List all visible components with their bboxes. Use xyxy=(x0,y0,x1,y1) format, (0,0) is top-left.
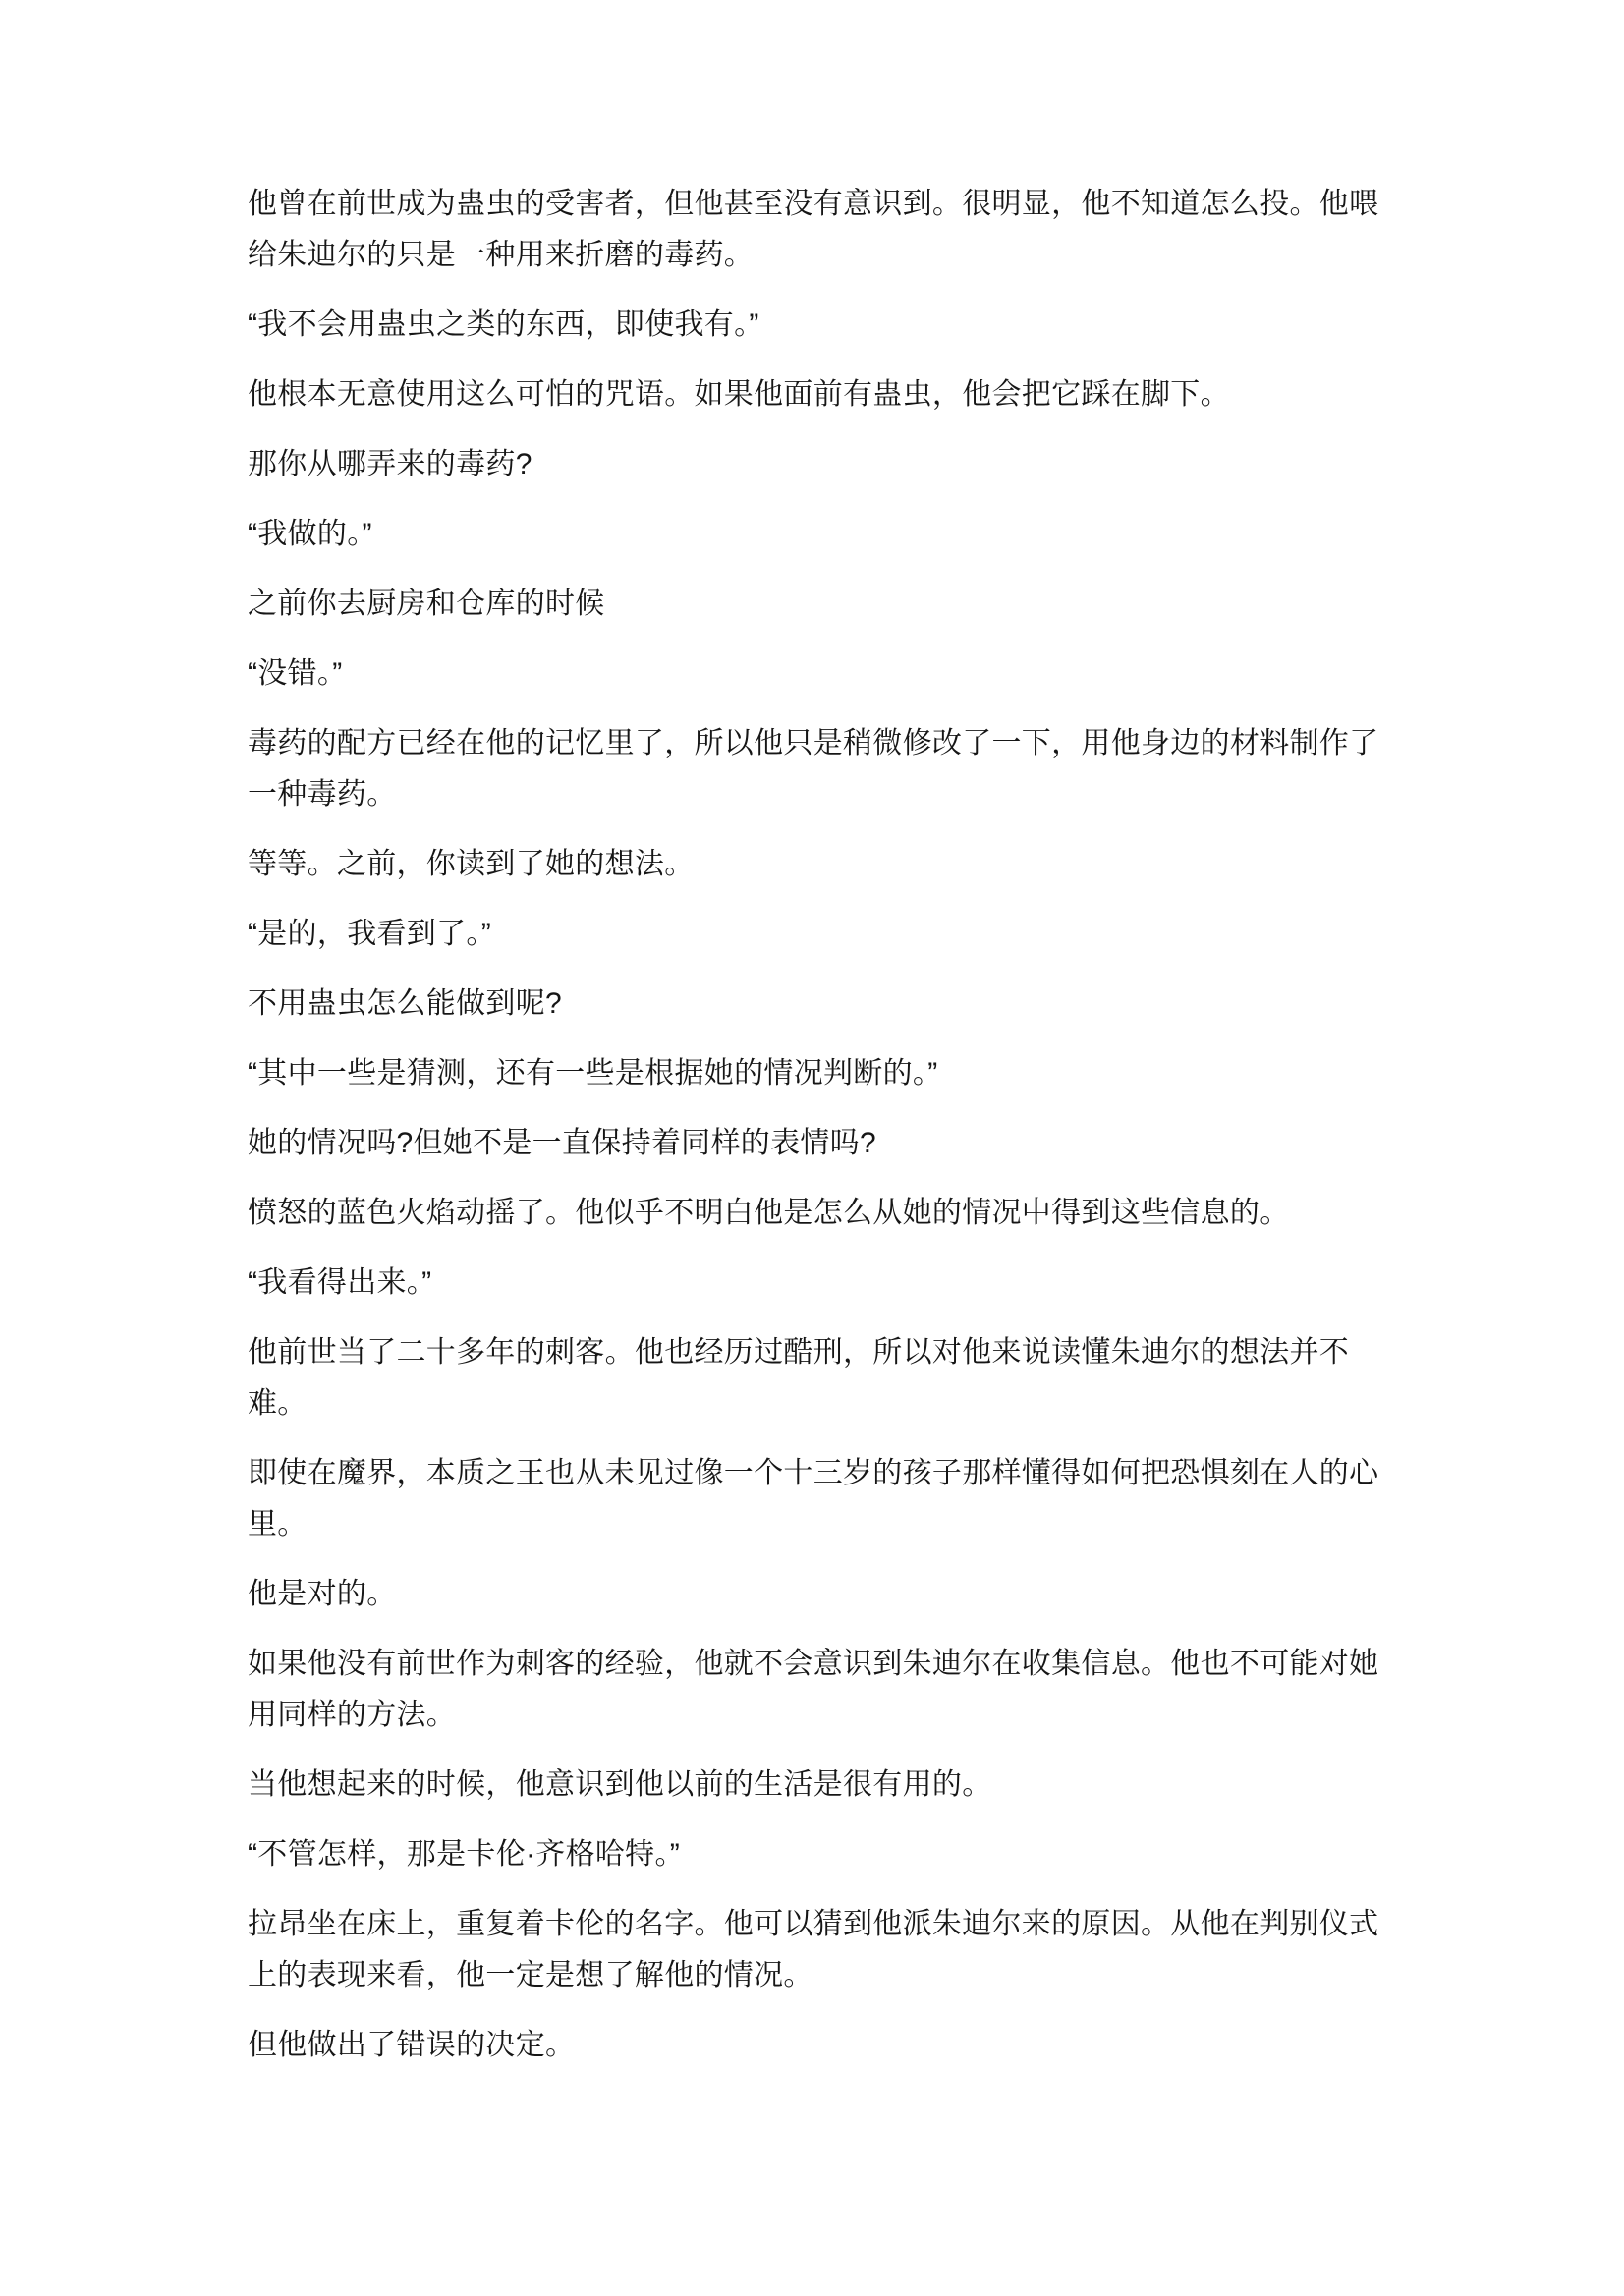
paragraph: 他是对的。 xyxy=(248,1569,1385,1620)
paragraph: 即使在魔界，本质之王也从未见过像一个十三岁的孩子那样懂得如何把恐惧刻在人的心 里… xyxy=(248,1448,1385,1550)
paragraph: “是的，我看到了。” xyxy=(248,909,1385,960)
paragraph: 他前世当了二十多年的刺客。他也经历过酷刑，所以对他来说读懂朱迪尔的想法并不难。 xyxy=(248,1327,1385,1429)
paragraph: 拉昂坐在床上，重复着卡伦的名字。他可以猜到他派朱迪尔来的原因。从他在判别仪式 上… xyxy=(248,1899,1385,2001)
paragraph: “我不会用蛊虫之类的东西，即使我有。” xyxy=(248,300,1385,351)
paragraph: “没错。” xyxy=(248,648,1385,700)
paragraph: 她的情况吗?但她不是一直保持着同样的表情吗? xyxy=(248,1118,1385,1169)
paragraph: 但他做出了错误的决定。 xyxy=(248,2020,1385,2071)
paragraph: 等等。之前，你读到了她的想法。 xyxy=(248,839,1385,890)
document-body: 他曾在前世成为蛊虫的受害者，但他甚至没有意识到。很明显，他不知道怎么投。他喂 给… xyxy=(248,179,1385,2090)
document-page: 他曾在前世成为蛊虫的受害者，但他甚至没有意识到。很明显，他不知道怎么投。他喂 给… xyxy=(0,0,1624,2296)
paragraph: 他根本无意使用这么可怕的咒语。如果他面前有蛊虫，他会把它踩在脚下。 xyxy=(248,369,1385,420)
paragraph: 毒药的配方已经在他的记忆里了，所以他只是稍微修改了一下，用他身边的材料制作了 一… xyxy=(248,718,1385,820)
paragraph: “我看得出来。” xyxy=(248,1258,1385,1309)
paragraph: 之前你去厨房和仓库的时候 xyxy=(248,579,1385,630)
paragraph: 那你从哪弄来的毒药? xyxy=(248,439,1385,490)
paragraph: “其中一些是猜测，还有一些是根据她的情况判断的。” xyxy=(248,1048,1385,1099)
paragraph: 当他想起来的时候，他意识到他以前的生活是很有用的。 xyxy=(248,1760,1385,1811)
paragraph: 如果他没有前世作为刺客的经验，他就不会意识到朱迪尔在收集信息。他也不可能对她 用… xyxy=(248,1639,1385,1741)
paragraph: 他曾在前世成为蛊虫的受害者，但他甚至没有意识到。很明显，他不知道怎么投。他喂 给… xyxy=(248,179,1385,281)
paragraph: “不管怎样，那是卡伦·齐格哈特。” xyxy=(248,1829,1385,1880)
paragraph: 愤怒的蓝色火焰动摇了。他似乎不明白他是怎么从她的情况中得到这些信息的。 xyxy=(248,1188,1385,1239)
paragraph: “我做的。” xyxy=(248,509,1385,560)
paragraph: 不用蛊虫怎么能做到呢? xyxy=(248,979,1385,1030)
